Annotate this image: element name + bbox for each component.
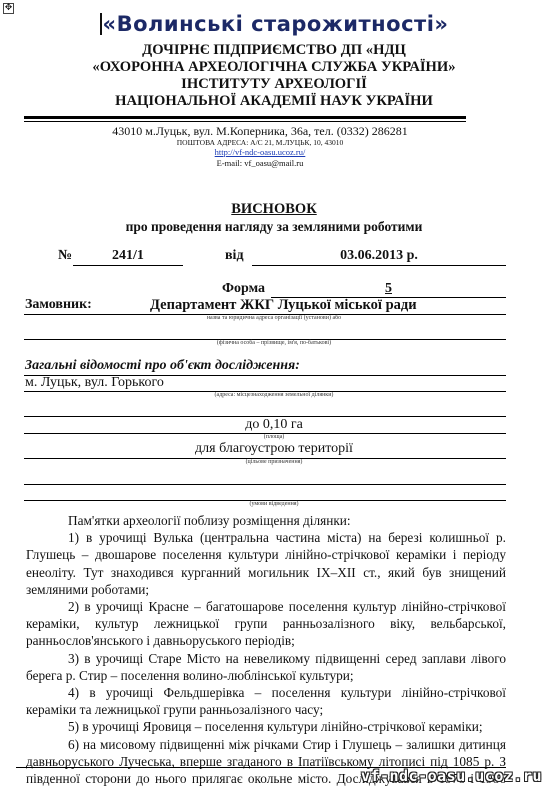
object-heading: Загальні відомості про об'єкт дослідженн… [25,358,300,374]
customer-label: Замовник: [25,297,92,313]
postal-address: ПОШТОВА АДРЕСА: А/С 21, М.ЛУЦЬК, 10, 430… [40,138,480,147]
intro-paragraph: Пам'ятки археології поблизу розміщення д… [26,512,506,529]
list-item: 1) в урочищі Вулька (центральна частина … [26,529,506,598]
caption-address: (адреса: місцезнаходження земельної діля… [0,392,548,398]
date-value: 03.06.2013 р. [252,248,506,264]
website-link[interactable]: http://vf-ndc-oasu.ucoz.ru/ [40,147,480,157]
area-value: до 0,10 га [0,417,548,433]
header-rule-thick [24,116,466,119]
text-cursor [100,13,102,35]
form-value: 5 [271,281,506,297]
customer-value: Департамент ЖКГ Луцької міської ради [150,297,450,314]
purpose-value: для благоустрою території [0,441,548,457]
org-address: 43010 м.Луцьк, вул. М.Коперника, 36а, те… [40,124,480,139]
caption-conditions: (умови відведення) [0,501,548,507]
header-rule-thin [24,121,466,122]
form-label: Форма [222,281,265,297]
caption-area: (площа) [0,434,548,440]
org-line-4: НАЦІОНАЛЬНОЇ АКАДЕМІЇ НАУК УКРАЇНИ [0,93,548,110]
logo-text: «Волинські старожитності» [103,12,449,36]
org-line-1: ДОЧІРНЄ ПІДПРИЄМСТВО ДП «НДЦ [0,42,548,59]
document-title: ВИСНОВОК [0,201,548,218]
object-address: м. Луцьк, вул. Горького [25,375,164,391]
date-label: від [225,248,244,264]
site-watermark: vf-ndc-oasu.ucoz.ru [361,767,542,785]
body-text: Пам'ятки археології поблизу розміщення д… [26,512,506,787]
list-item: 3) в урочищі Старе Місто на невеликому п… [26,650,506,684]
list-item: 5) в урочищі Яровиця – поселення культур… [26,718,506,735]
number-underline [73,265,183,266]
document-subtitle: про проведення нагляду за земляними робо… [0,219,548,235]
logo-title: «Волинські старожитності» [0,12,548,36]
org-line-2: «ОХОРОННА АРХЕОЛОГІЧНА СЛУЖБА УКРАЇНИ» [0,59,548,76]
caption-organization: назва та юридична адреса організації (ус… [0,315,548,321]
date-underline [252,265,506,266]
blank-underline-2 [24,484,506,485]
list-item: 2) в урочищі Красне – багатошарове посел… [26,598,506,650]
caption-purpose: (цільове призначення) [0,459,548,465]
number-value: 241/1 [73,248,183,264]
org-line-3: ІНСТИТУТУ АРХЕОЛОГІЇ [0,76,548,93]
caption-person: (фізична особа – прізвище, ім'я, по-бать… [0,340,548,346]
email-address: E-mail: vf_oasu@mail.ru [40,158,480,168]
list-item: 4) в урочищі Фельдшерівка – поселення ку… [26,684,506,718]
number-label: № [58,248,72,264]
